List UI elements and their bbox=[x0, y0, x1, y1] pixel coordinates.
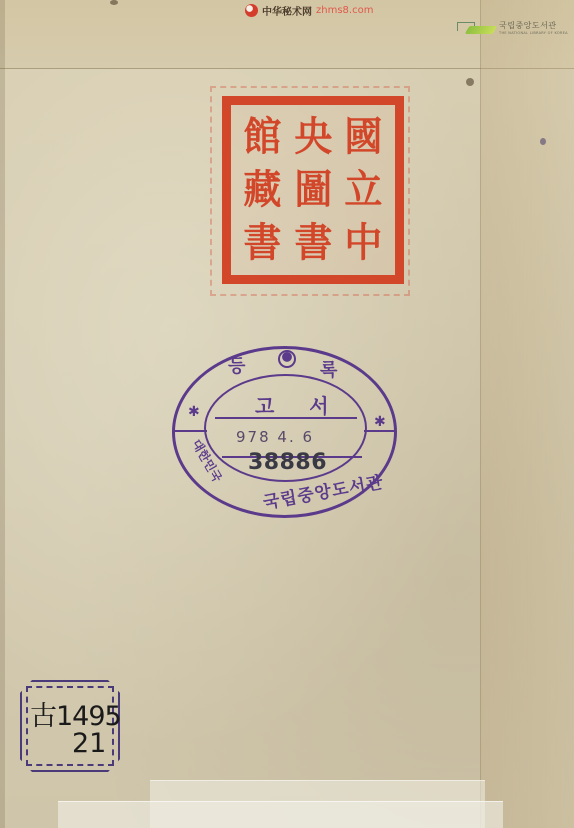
stamp-date: 978 4. 6 bbox=[236, 428, 314, 446]
yin-yang-icon bbox=[245, 4, 258, 17]
stamp-registration-number: 38886 bbox=[248, 450, 327, 475]
stamp-divider bbox=[364, 430, 394, 432]
star-icon: ✱ bbox=[374, 414, 386, 430]
library-logo: 국립중앙도서관 THE NATIONAL LIBRARY OF KOREA bbox=[457, 18, 568, 36]
seal-character: 國 bbox=[341, 113, 385, 162]
seal-character: 藏 bbox=[240, 166, 284, 215]
tissue-paper-layer bbox=[58, 801, 503, 828]
site-watermark: 中华秘术网 zhms8.com bbox=[245, 3, 373, 18]
paper-right-strip bbox=[480, 0, 574, 828]
call-number-line2: 21 bbox=[72, 728, 106, 759]
seal-character: 央 bbox=[291, 113, 335, 162]
document-page: 中华秘术网 zhms8.com 국립중앙도서관 THE NATIONAL LIB… bbox=[0, 0, 574, 828]
seal-character: 立 bbox=[341, 166, 385, 215]
red-library-seal: 館 央 國 藏 圖 立 書 書 中 bbox=[222, 96, 404, 284]
stamp-center-label: 고 서 bbox=[255, 390, 343, 419]
library-name-korean: 국립중앙도서관 bbox=[499, 20, 568, 31]
paper-left-edge bbox=[0, 0, 5, 828]
seal-character: 圖 bbox=[291, 166, 335, 215]
star-icon: ✱ bbox=[188, 404, 200, 420]
stain-spot bbox=[540, 138, 546, 145]
seal-character: 書 bbox=[240, 218, 284, 267]
seal-character: 館 bbox=[240, 113, 284, 162]
stain-spot bbox=[110, 0, 118, 5]
stain-spot bbox=[466, 78, 474, 86]
taegeuk-emblem-icon bbox=[278, 350, 296, 368]
watermark-url: zhms8.com bbox=[316, 5, 373, 16]
stamp-divider bbox=[175, 430, 207, 432]
seal-character: 中 bbox=[341, 218, 385, 267]
library-name-english: THE NATIONAL LIBRARY OF KOREA bbox=[499, 31, 568, 35]
watermark-site-name: 中华秘术网 bbox=[262, 3, 312, 18]
stamp-top-right: 록 bbox=[320, 356, 337, 382]
library-emblem-icon bbox=[457, 18, 495, 36]
seal-character: 書 bbox=[291, 218, 335, 267]
stamp-top-left: 등 bbox=[228, 352, 245, 378]
